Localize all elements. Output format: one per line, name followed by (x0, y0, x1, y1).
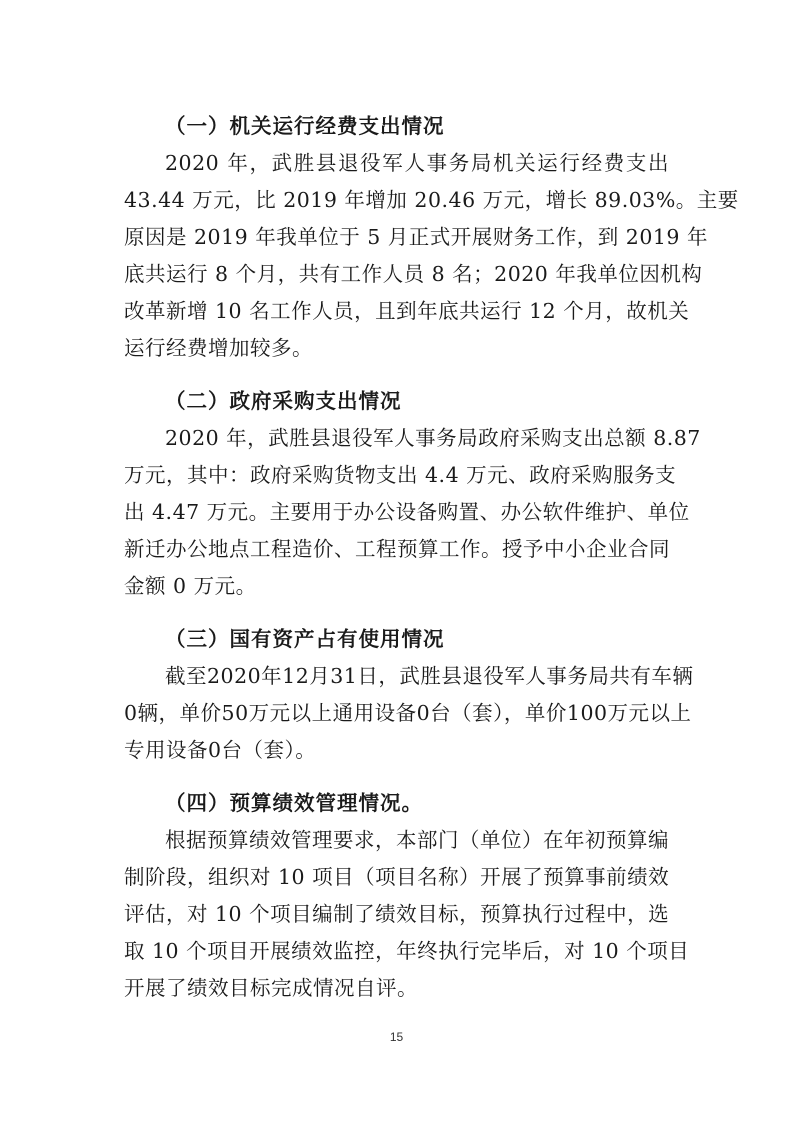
paragraph-line: 开展了绩效目标完成情况自评。 (124, 973, 669, 1003)
paragraph-line: 改革新增 10 名工作人员，且到年底共运行 12 个月，故机关 (124, 296, 669, 326)
paragraph-line: 43.44 万元，比 2019 年增加 20.46 万元，增长 89.03%。主… (124, 185, 669, 215)
paragraph-line: 取 10 个项目开展绩效监控，年终执行完毕后，对 10 个项目 (124, 936, 669, 966)
paragraph-line: 2020 年，武胜县退役军人事务局机关运行经费支出 (165, 148, 669, 178)
paragraph-line: 金额 0 万元。 (124, 571, 669, 601)
page-number: 15 (0, 1030, 793, 1044)
paragraph-line: 底共运行 8 个月，共有工作人员 8 名；2020 年我单位因机构 (124, 259, 669, 289)
paragraph-line: 制阶段，组织对 10 项目（项目名称）开展了预算事前绩效 (124, 862, 669, 892)
paragraph-line: 新迁办公地点工程造价、工程预算工作。授予中小企业合同 (124, 534, 669, 564)
paragraph-line: 2020 年，武胜县退役军人事务局政府采购支出总额 8.87 (165, 423, 669, 453)
section-heading-3: （三）国有资产占有使用情况 (165, 624, 445, 654)
paragraph-line: 评估，对 10 个项目编制了绩效目标，预算执行过程中，选 (124, 899, 669, 929)
paragraph-line: 截至2020年12月31日，武胜县退役军人事务局共有车辆 (165, 661, 669, 691)
paragraph-line: 0辆，单价50万元以上通用设备0台（套），单价100万元以上 (124, 698, 669, 728)
paragraph-line: 专用设备0台（套）。 (124, 735, 669, 765)
paragraph-line: 出 4.47 万元。主要用于办公设备购置、办公软件维护、单位 (124, 497, 669, 527)
section-heading-4: （四）预算绩效管理情况。 (165, 788, 423, 818)
paragraph-line: 万元，其中：政府采购货物支出 4.4 万元、政府采购服务支 (124, 460, 669, 490)
paragraph-line: 运行经费增加较多。 (124, 333, 669, 363)
paragraph-line: 原因是 2019 年我单位于 5 月正式开展财务工作，到 2019 年 (124, 222, 669, 252)
section-heading-1: （一）机关运行经费支出情况 (165, 111, 445, 141)
document-page: （一）机关运行经费支出情况 2020 年，武胜县退役军人事务局机关运行经费支出 … (0, 0, 793, 1122)
paragraph-line: 根据预算绩效管理要求，本部门（单位）在年初预算编 (165, 825, 669, 855)
section-heading-2: （二）政府采购支出情况 (165, 386, 402, 416)
